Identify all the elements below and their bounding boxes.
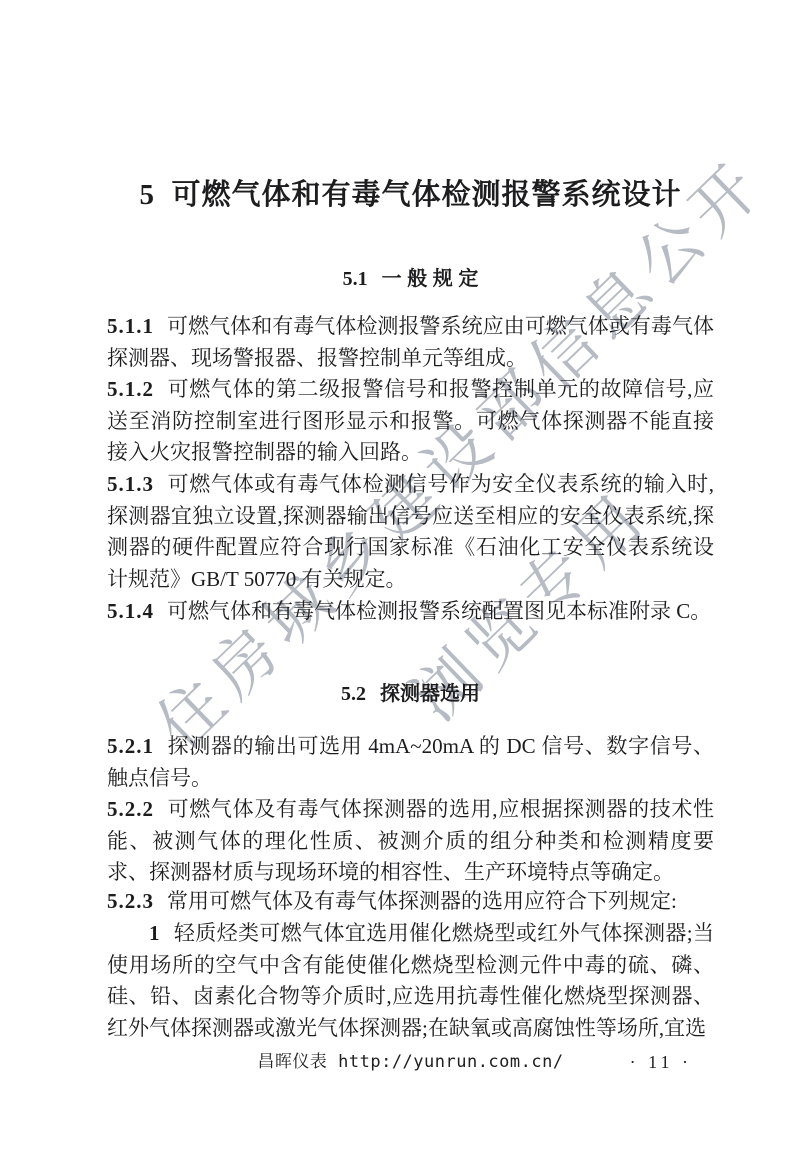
footer-site-text: 昌晖仪表 http://yunrun.com.cn/ — [107, 1049, 714, 1075]
chapter-title: 5 可燃气体和有毒气体检测报警系统设计 — [107, 177, 714, 213]
clause-5-2-3-text: 常用可燃气体及有毒气体探测器的选用应符合下列规定: — [167, 889, 677, 913]
clause-5-1-1-text: 可燃气体和有毒气体检测报警系统应由可燃气体或有毒气体探测器、现场警报器、报警控制… — [107, 314, 714, 370]
clause-5-2-2-text: 可燃气体及有毒气体探测器的选用,应根据探测器的技术性能、被测气体的理化性质、被测… — [107, 797, 714, 884]
clause-5-2-3-number: 5.2.3 — [107, 889, 154, 913]
sub-item-1-text: 轻质烃类可燃气体宜选用催化燃烧型或红外气体探测器;当使用场所的空气中含有能使催化… — [107, 921, 714, 1040]
sub-item-1: 1轻质烃类可燃气体宜选用催化燃烧型或红外气体探测器;当使用场所的空气中含有能使催… — [107, 918, 714, 1044]
clause-5-1-4-number: 5.1.4 — [107, 599, 154, 623]
page-footer: 昌晖仪表 http://yunrun.com.cn/ · 11 · — [107, 1049, 714, 1075]
document-page: 住房城乡建设部信息公开 浏览专用 5 可燃气体和有毒气体检测报警系统设计 5.1… — [0, 0, 800, 1160]
section-5-1-number: 5.1 — [343, 268, 368, 290]
clause-5-1-4: 5.1.4可燃气体和有毒气体检测报警系统配置图见本标准附录 C。 — [107, 596, 714, 628]
clause-5-2-2-number: 5.2.2 — [107, 797, 154, 821]
clause-5-1-1: 5.1.1可燃气体和有毒气体检测报警系统应由可燃气体或有毒气体探测器、现场警报器… — [107, 311, 714, 374]
clause-5-2-1-number: 5.2.1 — [107, 734, 154, 758]
section-5-1-label: 一 般 规 定 — [382, 268, 479, 290]
clause-5-1-3-number: 5.1.3 — [107, 472, 154, 496]
clause-5-2-1: 5.2.1探测器的输出可选用 4mA~20mA 的 DC 信号、数字信号、触点信… — [107, 731, 714, 794]
sub-item-1-number: 1 — [149, 921, 161, 945]
clause-5-1-2: 5.1.2可燃气体的第二级报警信号和报警控制单元的故障信号,应送至消防控制室进行… — [107, 374, 714, 469]
clause-5-1-3-text: 可燃气体或有毒气体检测信号作为安全仪表系统的输入时,探测器宜独立设置,探测器输出… — [107, 472, 714, 591]
clause-5-1-1-number: 5.1.1 — [107, 314, 154, 338]
section-5-2-label: 探测器选用 — [380, 683, 480, 705]
page-number: · 11 · — [630, 1049, 692, 1075]
clause-5-2-3: 5.2.3常用可燃气体及有毒气体探测器的选用应符合下列规定: — [107, 886, 714, 918]
clause-5-1-2-text: 可燃气体的第二级报警信号和报警控制单元的故障信号,应送至消防控制室进行图形显示和… — [107, 377, 714, 464]
clause-5-2-1-text: 探测器的输出可选用 4mA~20mA 的 DC 信号、数字信号、触点信号。 — [107, 734, 714, 790]
section-5-1-heading: 5.1一 般 规 定 — [107, 266, 714, 292]
clause-5-2-2: 5.2.2可燃气体及有毒气体探测器的选用,应根据探测器的技术性能、被测气体的理化… — [107, 794, 714, 889]
section-5-2-number: 5.2 — [341, 683, 366, 705]
clause-5-1-4-text: 可燃气体和有毒气体检测报警系统配置图见本标准附录 C。 — [167, 599, 711, 623]
section-5-2-heading: 5.2探测器选用 — [107, 681, 714, 707]
clause-5-1-3: 5.1.3可燃气体或有毒气体检测信号作为安全仪表系统的输入时,探测器宜独立设置,… — [107, 469, 714, 595]
clause-5-1-2-number: 5.1.2 — [107, 377, 154, 401]
